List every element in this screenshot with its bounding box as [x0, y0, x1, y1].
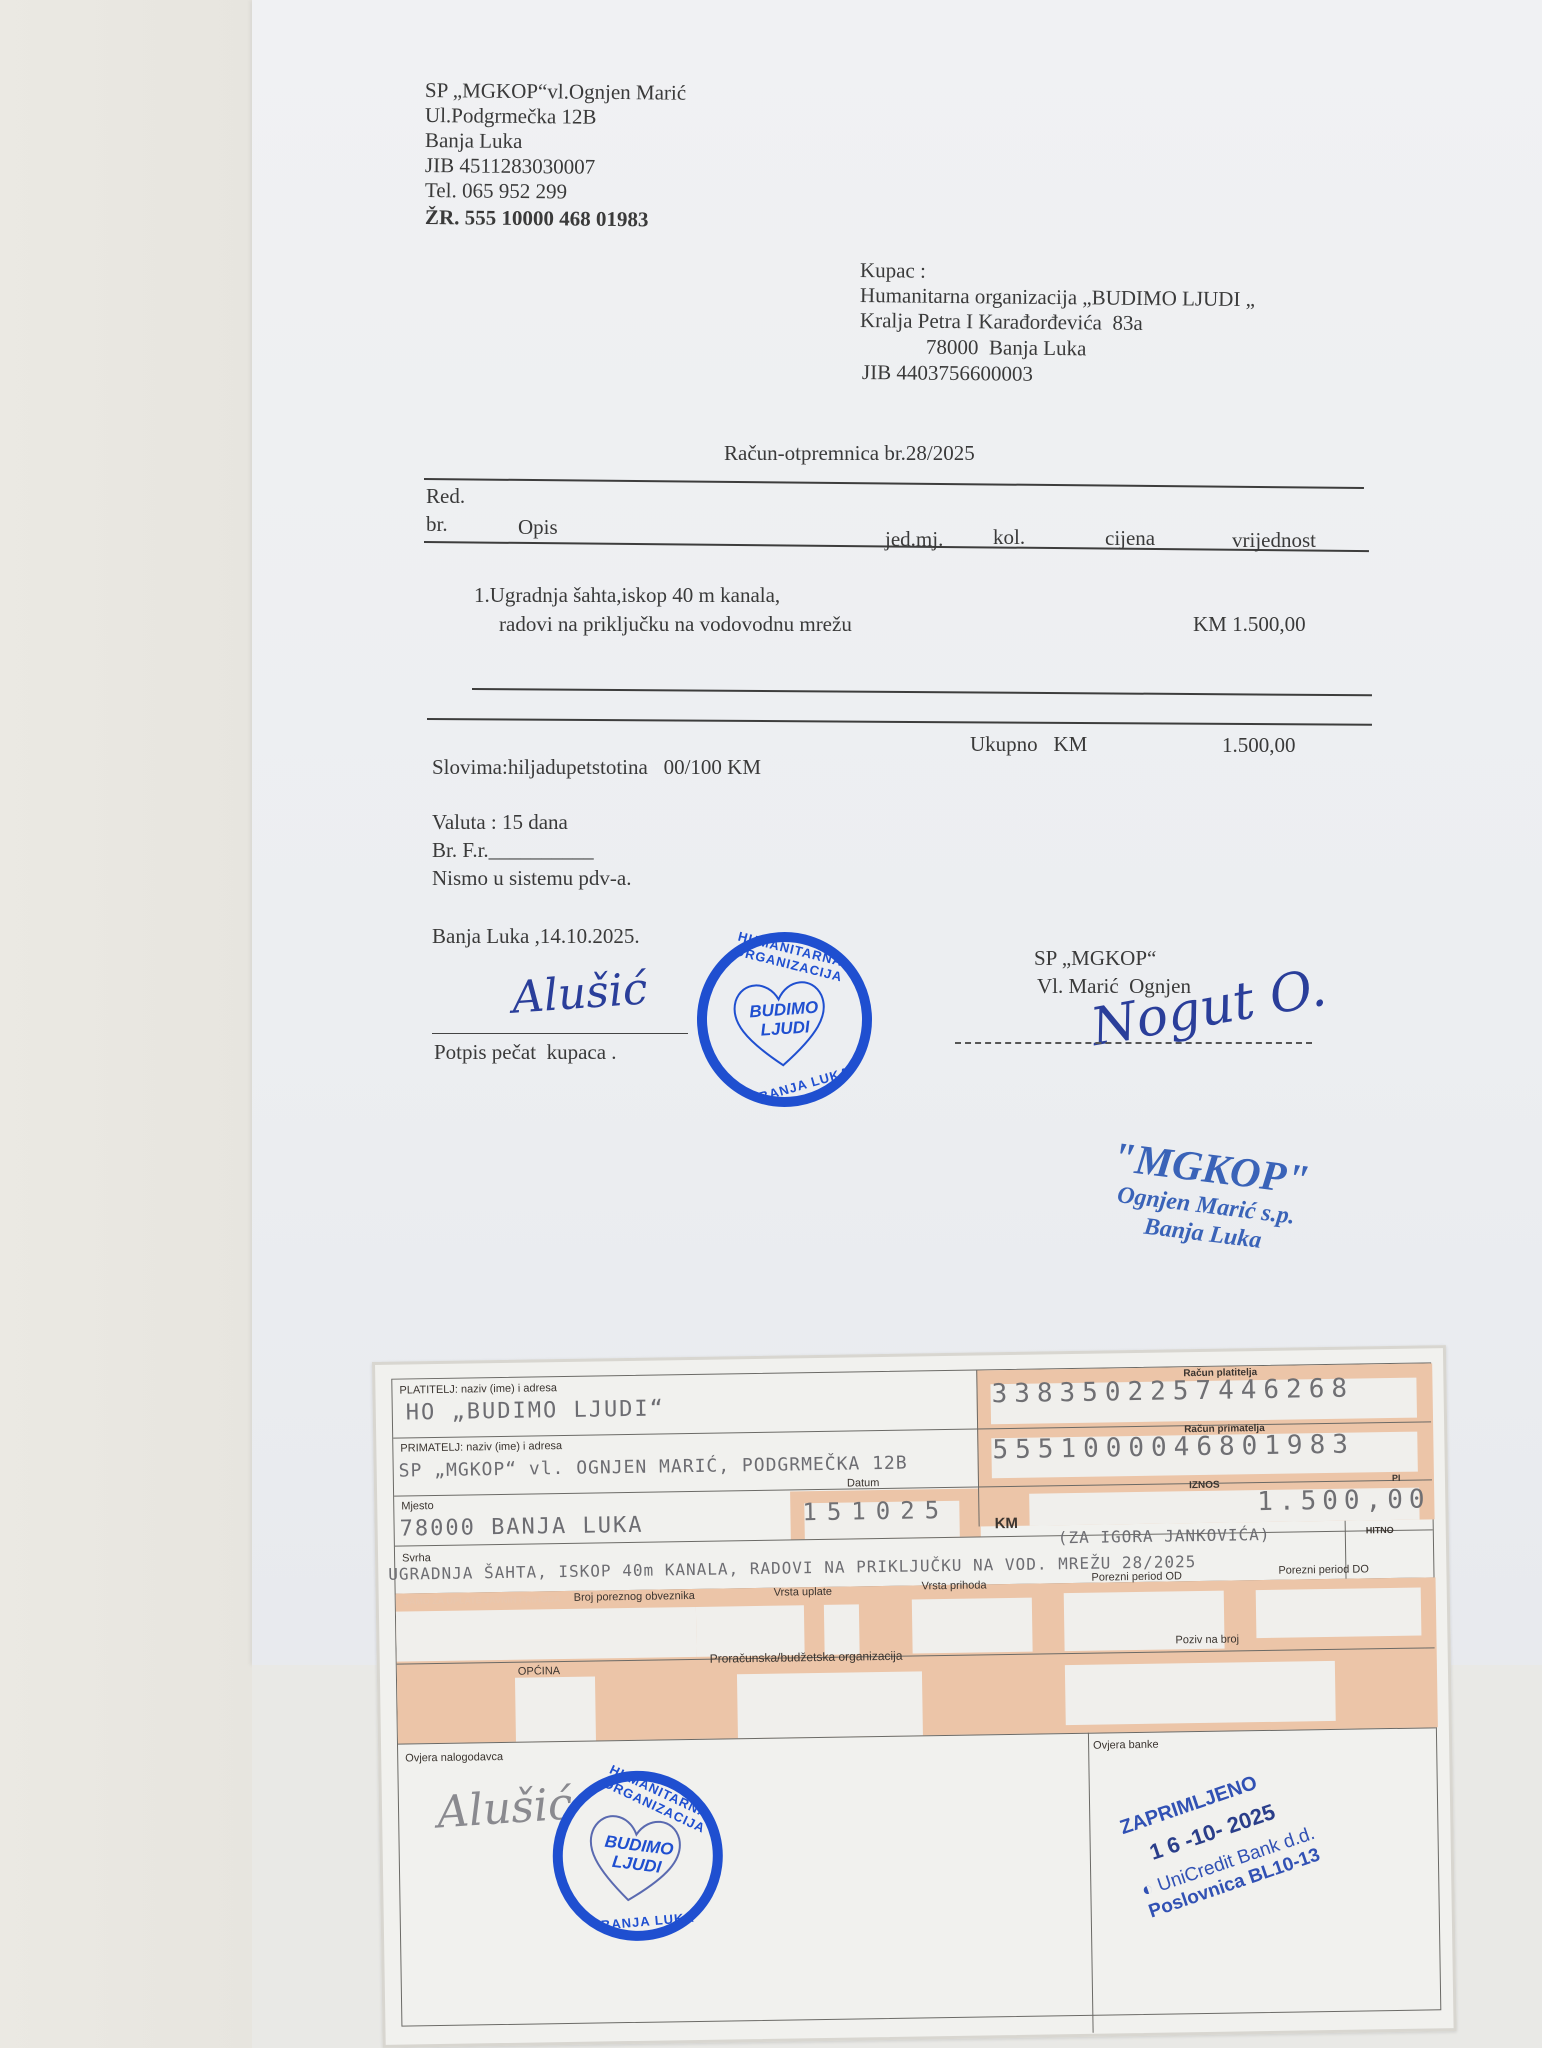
- place-date: Banja Luka ,14.10.2025.: [432, 924, 640, 949]
- seller-city: Banja Luka: [425, 128, 523, 154]
- seller-signature-line: [955, 1042, 1312, 1044]
- buyer-signature-line: [432, 1033, 688, 1034]
- row-value: KM 1.500,00: [1193, 612, 1306, 637]
- payment-term: Valuta : 15 dana: [432, 810, 568, 835]
- amount-value[interactable]: 1.500,00: [1257, 1484, 1431, 1517]
- row-description-line2: radovi na priključku na vodovodnu mrežu: [499, 612, 852, 637]
- header-br: br.: [426, 512, 448, 537]
- header-opis: Opis: [518, 515, 558, 540]
- invoice-title: Račun-otpremnica br.28/2025: [724, 441, 975, 466]
- payment-slip: PLATITELJ: naziv (ime) i adresa PRIMATEL…: [372, 1345, 1457, 2048]
- label-payer-certification: Ovjera nalogodavca: [405, 1751, 503, 1765]
- heart-icon: [572, 1802, 694, 1915]
- seller-sign-company: SP „MGKOP“: [1034, 946, 1156, 971]
- seller-address: Ul.Podgrmečka 12B: [425, 103, 597, 130]
- stamp-heart: BUDIMO LJUDI: [749, 998, 820, 1040]
- slip-stamp-bottom-text: BANJA LUKA: [600, 1910, 695, 1933]
- seller-account: ŽR. 555 10000 468 01983: [425, 205, 649, 232]
- tax-period-to-box[interactable]: [1256, 1588, 1422, 1639]
- label-tax-id: Broj poreznog obveznika: [574, 1590, 695, 1604]
- header-cijena: cijena: [1105, 526, 1155, 551]
- label-currency: KM: [994, 1515, 1018, 1532]
- municipality-box[interactable]: [515, 1677, 596, 1742]
- label-pi: PI: [1392, 1473, 1401, 1483]
- vat-note: Nismo u sistemu pdv-a.: [432, 866, 632, 891]
- tax-id-box[interactable]: [396, 1607, 697, 1662]
- label-urgent: HITNO: [1366, 1525, 1394, 1535]
- label-tax-period-to: Porezni period DO: [1278, 1563, 1369, 1576]
- label-purpose: Svrha: [402, 1552, 431, 1564]
- purpose-note[interactable]: (ZA IGORA JANKOVIĆA): [1058, 1525, 1271, 1547]
- header-vrijednost: vrijednost: [1232, 528, 1316, 553]
- label-reference: Poziv na broj: [1175, 1633, 1239, 1646]
- buyer-label: Kupac :: [860, 258, 926, 284]
- header-kol: kol.: [993, 525, 1025, 550]
- heart-icon: [722, 969, 839, 1076]
- amount-in-words: Slovima:hiljadupetstotina 00/100 KM: [432, 755, 761, 780]
- label-place: Mjesto: [401, 1500, 434, 1513]
- revenue-type-box[interactable]: [912, 1598, 1033, 1654]
- label-payer: PLATITELJ: naziv (ime) i adresa: [399, 1382, 557, 1396]
- slip-stamp-heart: BUDIMO LJUDI: [601, 1833, 674, 1879]
- label-date: Datum: [847, 1477, 880, 1490]
- label-payment-type: Vrsta uplate: [774, 1586, 832, 1599]
- seller-name: SP „MGKOP“vl.Ognjen Marić: [425, 78, 686, 106]
- total-label: Ukupno KM: [970, 732, 1087, 757]
- fiscal-number: Br. F.r.__________: [432, 838, 594, 863]
- buyer-city: 78000 Banja Luka: [860, 334, 1087, 361]
- header-jed-mj: jed.mj.: [885, 527, 943, 552]
- payer-signature: Alušić: [435, 1778, 574, 1838]
- reference-number-box[interactable]: [1065, 1661, 1336, 1725]
- payer-value[interactable]: HO „BUDIMO LJUDI“: [406, 1396, 666, 1425]
- label-bank-certification: Ovjera banke: [1093, 1739, 1159, 1752]
- label-amount: IZNOS: [1189, 1480, 1220, 1491]
- seller-jib: JIB 4511283030007: [425, 153, 595, 180]
- label-revenue-type: Vrsta prihoda: [921, 1579, 986, 1592]
- date-value[interactable]: 151025: [802, 1496, 949, 1526]
- buyer-address: Kralja Petra I Karađorđevića 83a: [860, 308, 1143, 336]
- row-description-line1: 1.Ugradnja šahta,iskop 40 m kanala,: [474, 583, 780, 608]
- label-municipality: OPĆINA: [518, 1665, 560, 1678]
- header-red: Red.: [426, 484, 465, 509]
- budget-org-box[interactable]: [737, 1671, 923, 1738]
- payee-account-value[interactable]: 5551000046801983: [992, 1430, 1355, 1466]
- buyer-signature-label: Potpis pečat kupaca .: [434, 1040, 617, 1065]
- seller-phone: Tel. 065 952 299: [425, 178, 567, 204]
- place-value[interactable]: 78000 BANJA LUKA: [399, 1513, 643, 1542]
- label-payee: PRIMATELJ: naziv (ime) i adresa: [400, 1440, 562, 1455]
- buyer-signature: Alušić: [510, 963, 649, 1023]
- total-value: 1.500,00: [1222, 733, 1296, 758]
- payment-type-box[interactable]: [824, 1604, 860, 1655]
- buyer-jib: JIB 4403756600003: [862, 360, 1033, 387]
- payer-account-value[interactable]: 3383502257446268: [991, 1374, 1354, 1410]
